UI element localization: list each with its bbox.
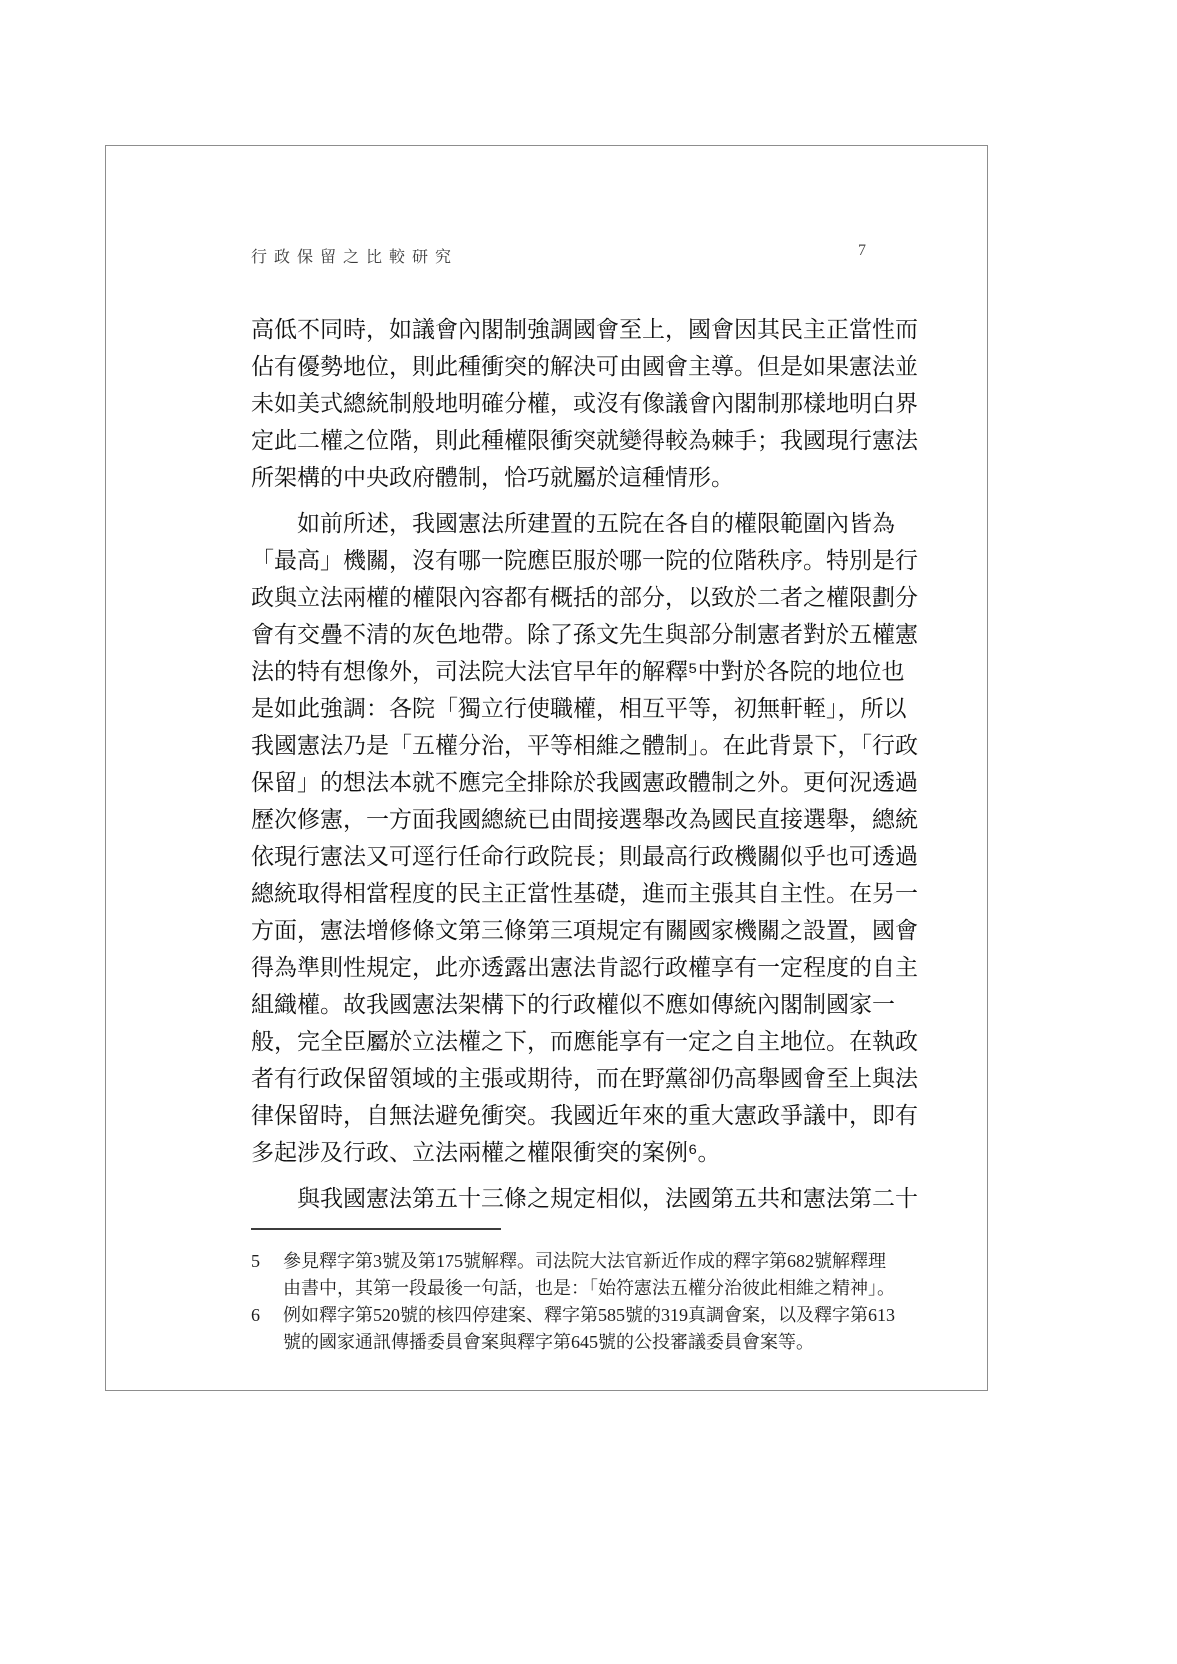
body-text: 高低不同時，如議會內閣制強調國會至上，國會因其民主正當性而佔有優勢地位，則此種衝…: [251, 311, 899, 1217]
paragraph-continuation: 高低不同時，如議會內閣制強調國會至上，國會因其民主正當性而佔有優勢地位，則此種衝…: [251, 311, 899, 496]
running-header: 行政保留之比較研究: [251, 244, 901, 268]
paragraph-main: 如前所述，我國憲法所建置的五院在各自的權限範圍內皆為「最高」機關，沒有哪一院應臣…: [251, 505, 899, 1171]
header-title: 行政保留之比較研究: [251, 249, 458, 266]
document-page: 行政保留之比較研究 7 高低不同時，如議會內閣制強調國會至上，國會因其民主正當性…: [105, 145, 988, 1391]
footnote-number: 5: [251, 1248, 283, 1302]
footnote-text: 參見釋字第3號及第175號解釋。司法院大法官新近作成的釋字第682號解釋理由書中…: [283, 1248, 901, 1302]
footnote-separator: [251, 1228, 501, 1230]
page-number: 7: [858, 242, 866, 260]
footnote-item: 6 例如釋字第520號的核四停建案、釋字第585號的319真調會案，以及釋字第6…: [251, 1302, 901, 1356]
paragraph-last: 與我國憲法第五十三條之規定相似，法國第五共和憲法第二十: [251, 1180, 899, 1217]
footnote-text: 例如釋字第520號的核四停建案、釋字第585號的319真調會案，以及釋字第613…: [283, 1302, 901, 1356]
footnote-number: 6: [251, 1302, 283, 1356]
footnote-item: 5 參見釋字第3號及第175號解釋。司法院大法官新近作成的釋字第682號解釋理由…: [251, 1248, 901, 1302]
footnote-area: 5 參見釋字第3號及第175號解釋。司法院大法官新近作成的釋字第682號解釋理由…: [251, 1228, 901, 1356]
